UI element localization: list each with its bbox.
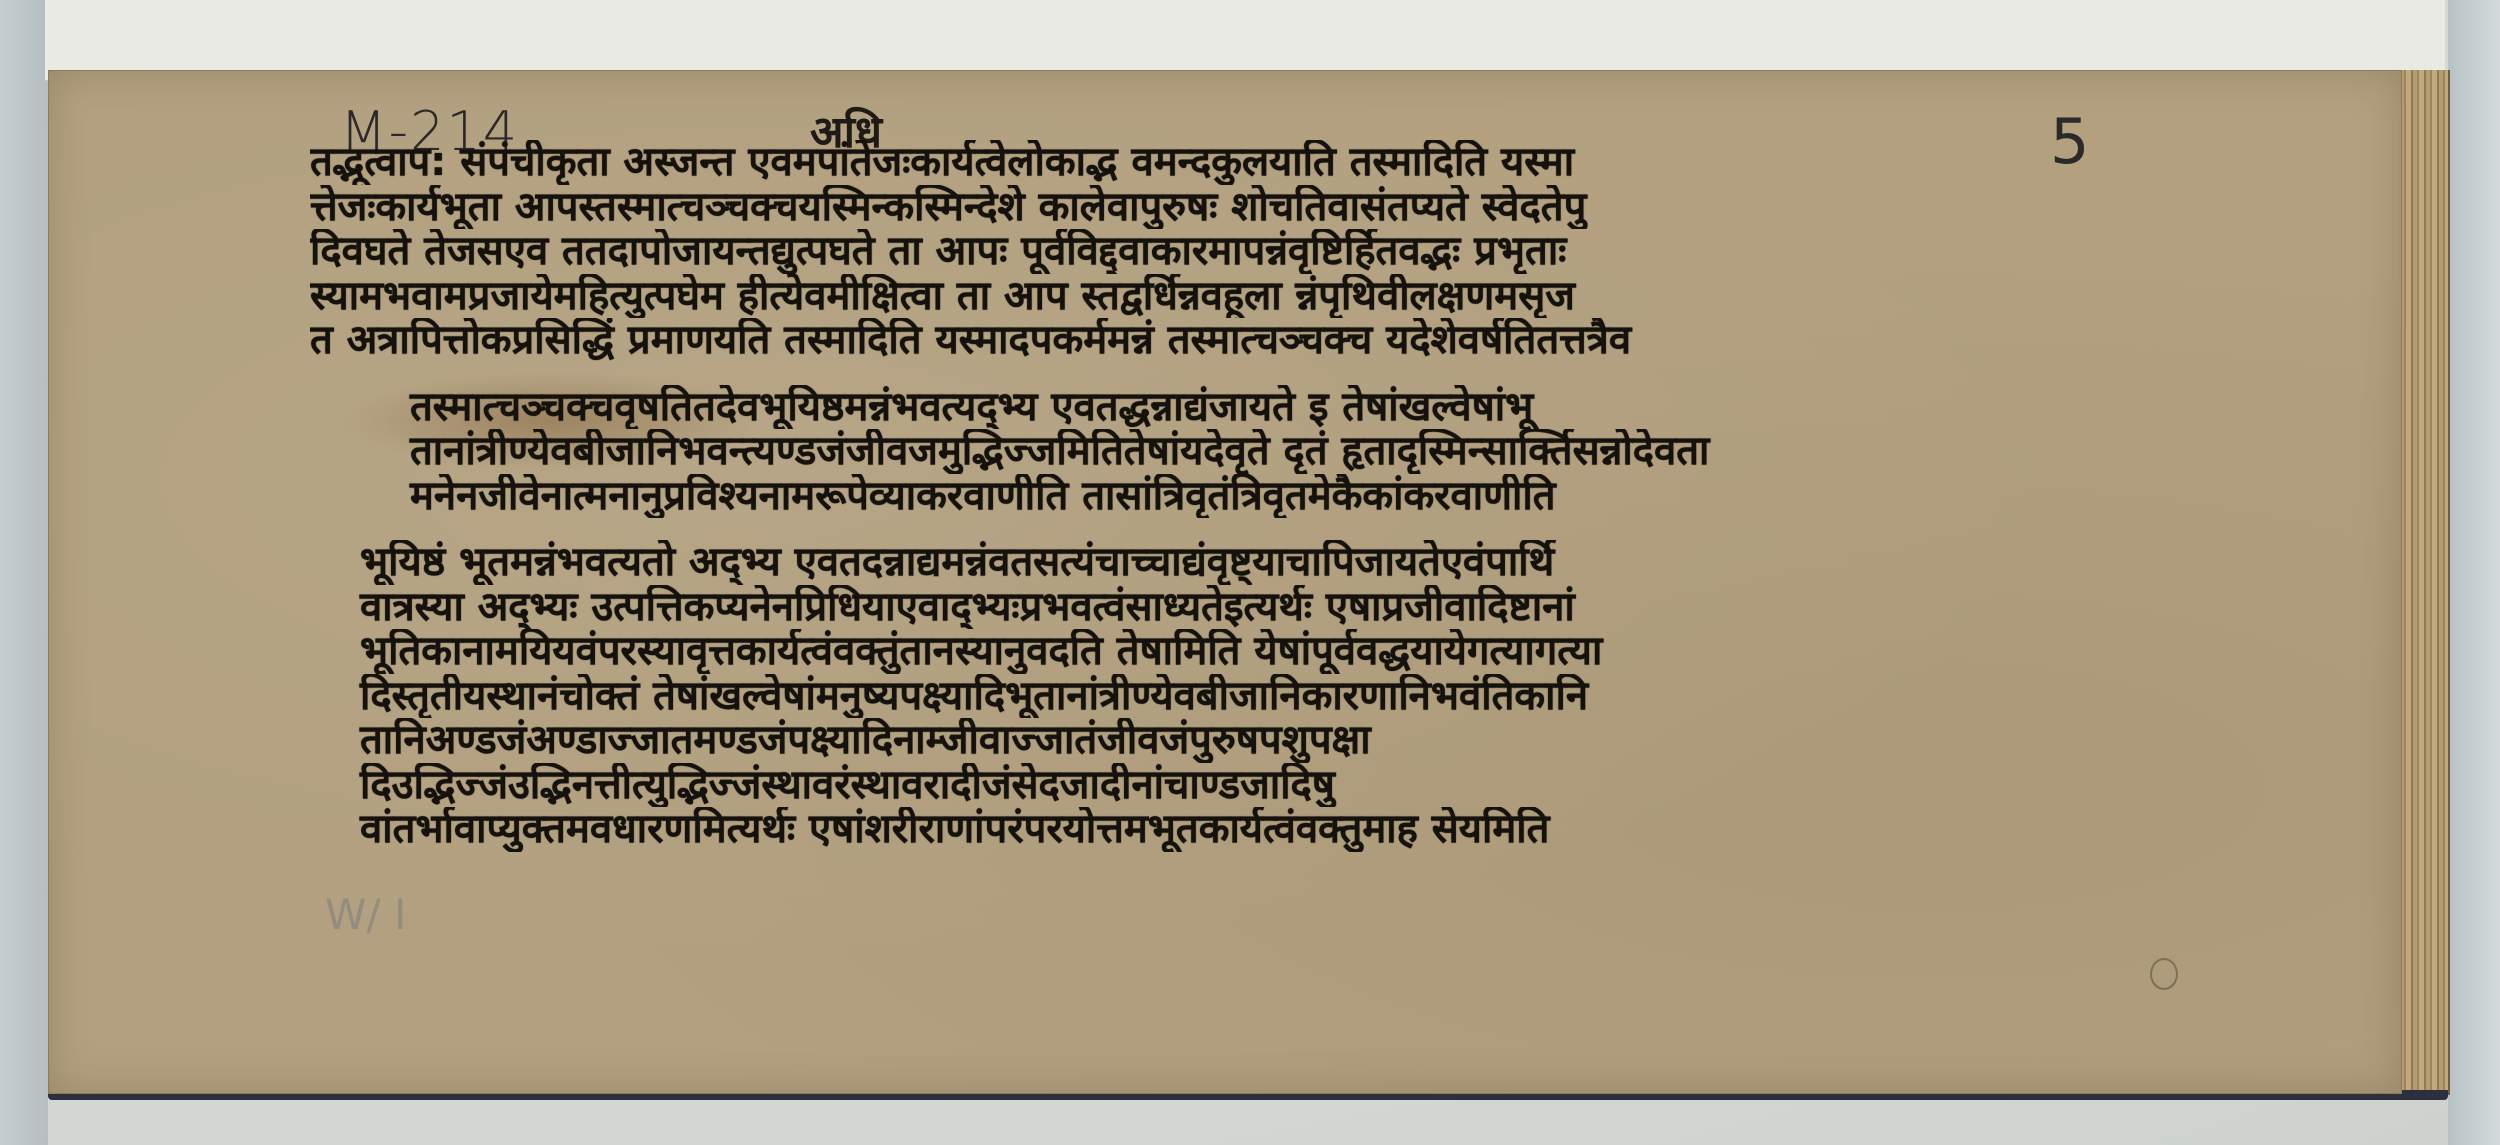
text-line: भूयिष्ठं भूतमन्नंभवत्यतो अद्भ्य एवतदन्ना… — [310, 540, 2240, 585]
text-line: दिउद्भिज्जंउद्भिनत्तीत्युद्भिज्जंस्थावरं… — [310, 763, 2240, 808]
text-line: दिस्तृतीयस्थानंचोक्तं तेषांखल्वेषांमनुष्… — [310, 674, 2240, 719]
right-board — [2448, 0, 2500, 1145]
pencil-mark: W/ I — [325, 890, 406, 939]
backing-sheet — [45, 0, 2445, 81]
text-line: भूतिकानामयियवंपरस्यावृत्तकार्यत्वंवक्तुं… — [310, 629, 2240, 674]
text-line: तानांत्रीण्येवबीजानिभवन्त्यण्डजंजीवजमुद्… — [310, 429, 2240, 474]
manuscript-text: तद्भूत्वाप: संपंचीकृता अस्जन्त एवमपांतेज… — [310, 140, 2240, 852]
page-stack-edges — [2400, 70, 2450, 1095]
text-line: वांतर्भावाप्युक्तमवधारणमित्यर्थः एषांशरी… — [310, 807, 2240, 852]
text-line: दिवघते तेजसएव ततदापोजायन्तद्युत्पघते ता … — [310, 229, 2240, 274]
text-line: त अत्रापित्तोकप्रसिद्धिं प्रमाणयति तस्मा… — [310, 318, 2240, 363]
text-line: मनेनजीवेनात्मनानुप्रविश्यनामरूपेव्याकरवा… — [310, 474, 2240, 519]
text-line: त्तेजःकार्यभूता आपस्तस्मात्चञ्चक्चयस्मिन… — [310, 185, 2240, 230]
text-line: तस्मात्चञ्चक्चवृषतितदेवभूयिष्ठमन्नंभवत्य… — [310, 385, 2240, 430]
text-line: वात्रस्या अद्भ्यः उत्पत्तिकप्यनेनप्रिधिय… — [310, 585, 2240, 630]
text-line: स्यामभवामप्रजायेमहित्युत्पघेम हीत्येवमीक… — [310, 274, 2240, 319]
left-board-shadow — [0, 0, 48, 1145]
text-line: तानिअण्डजंअण्डाज्जातमण्डजंपक्ष्यादिनाम्ज… — [310, 718, 2240, 763]
text-line: तद्भूत्वाप: संपंचीकृता अस्जन्त एवमपांतेज… — [310, 140, 2240, 185]
ring-mark-icon — [2150, 958, 2178, 990]
